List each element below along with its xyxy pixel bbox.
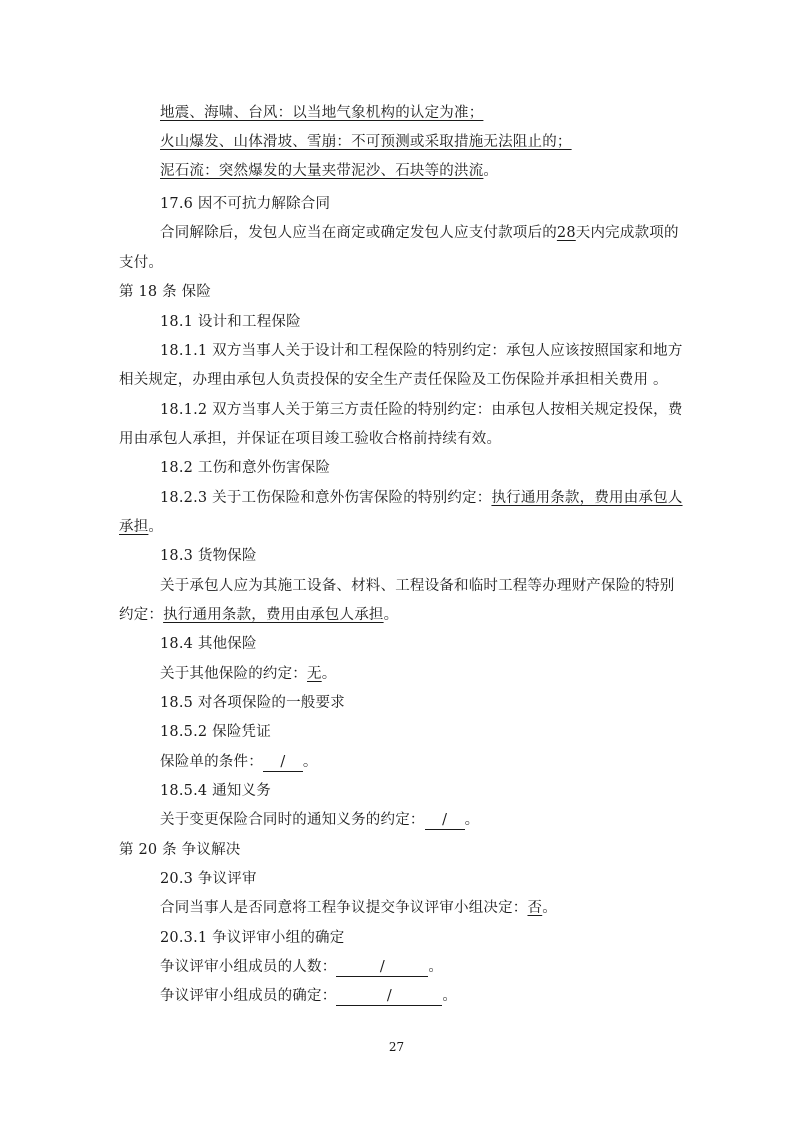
section-18-2-3-line2: 承担。 bbox=[119, 518, 163, 536]
section-18-5-2-line: 保险单的条件：/。 bbox=[160, 753, 318, 772]
section-18-1-1-line2: 相关规定，办理由承包人负责投保的安全生产责任保险及工伤保险并承担相关费用 。 bbox=[119, 371, 668, 389]
text: 争议评审小组成员的人数： bbox=[160, 959, 336, 975]
text: 约定： bbox=[119, 607, 163, 623]
blank-field: / bbox=[336, 959, 428, 977]
section-18-5-2-heading: 18.5.2 保险凭证 bbox=[160, 723, 271, 741]
section-18-3-heading: 18.3 货物保险 bbox=[160, 547, 257, 565]
section-18-1-2-line2: 用由承包人承担，并保证在项目竣工验收合格前持续有效。 bbox=[119, 430, 501, 448]
text: 。 bbox=[384, 607, 399, 623]
section-17-6-paragraph: 合同解除后，发包人应当在商定或确定发包人应支付款项后的28天内完成款项的 bbox=[160, 224, 679, 242]
filled-value: 无 bbox=[307, 666, 322, 682]
text: 。 bbox=[428, 959, 443, 975]
force-majeure-mudslide: 泥石流：突然爆发的大量夹带泥沙、石块等的洪流。 bbox=[160, 162, 498, 180]
section-20-3-1-heading: 20.3.1 争议评审小组的确定 bbox=[160, 929, 344, 947]
text: 。 bbox=[465, 812, 480, 828]
section-18-1-2-line1: 18.1.2 双方当事人关于第三方责任险的特别约定：由承包人按相关规定投保，费 bbox=[160, 401, 683, 419]
section-20-3-line: 合同当事人是否同意将工程争议提交争议评审小组决定：否。 bbox=[160, 899, 557, 917]
section-18-4-heading: 18.4 其他保险 bbox=[160, 635, 257, 653]
text: 关于变更保险合同时的通知义务的约定： bbox=[160, 812, 425, 828]
text: 。 bbox=[148, 519, 163, 535]
section-20-3-1-member-selection: 争议评审小组成员的确定：/。 bbox=[160, 987, 457, 1006]
section-18-3-line1: 关于承包人应为其施工设备、材料、工程设备和临时工程等办理财产保险的特别 bbox=[160, 577, 675, 595]
section-20-3-heading: 20.3 争议评审 bbox=[160, 870, 257, 888]
page-number: 27 bbox=[0, 1040, 793, 1054]
text: 。 bbox=[303, 754, 318, 770]
text: 。 bbox=[483, 163, 498, 179]
payment-days: 28 bbox=[557, 225, 576, 241]
text: 保险单的条件： bbox=[160, 754, 263, 770]
article-20-heading: 第 20 条 争议解决 bbox=[119, 841, 240, 859]
section-18-2-heading: 18.2 工伤和意外伤害保险 bbox=[160, 459, 330, 477]
text: 。 bbox=[542, 900, 557, 916]
text: 天内完成款项的 bbox=[576, 225, 679, 241]
filled-value: 否 bbox=[528, 900, 543, 916]
text: 争议评审小组成员的确定： bbox=[160, 988, 336, 1004]
text: 合同当事人是否同意将工程争议提交争议评审小组决定： bbox=[160, 900, 528, 916]
section-18-1-heading: 18.1 设计和工程保险 bbox=[160, 313, 301, 331]
section-18-2-3-line1: 18.2.3 关于工伤保险和意外伤害保险的特别约定：执行通用条款，费用由承包人 bbox=[160, 489, 683, 507]
document-page: 地震、海啸、台风：以当地气象机构的认定为准； 火山爆发、山体滑坡、雪崩：不可预测… bbox=[0, 0, 793, 1122]
text: 。 bbox=[442, 988, 457, 1004]
text: 泥石流：突然爆发的大量夹带泥沙、石块等的洪流 bbox=[160, 163, 483, 179]
blank-field: / bbox=[425, 812, 465, 830]
text: 地震、海啸、台风：以当地气象机构的认定为准； bbox=[160, 105, 483, 121]
section-18-3-line2: 约定：执行通用条款，费用由承包人承担。 bbox=[119, 606, 398, 624]
section-18-5-heading: 18.5 对各项保险的一般要求 bbox=[160, 694, 345, 712]
text: 合同解除后，发包人应当在商定或确定发包人应支付款项后的 bbox=[160, 225, 557, 241]
section-18-5-4-heading: 18.5.4 通知义务 bbox=[160, 782, 271, 800]
filled-value: 执行通用条款，费用由承包人承担 bbox=[163, 607, 384, 623]
filled-value: 执行通用条款，费用由承包人 bbox=[491, 490, 682, 506]
text: 关于其他保险的约定： bbox=[160, 666, 307, 682]
section-18-5-4-line: 关于变更保险合同时的通知义务的约定：/。 bbox=[160, 811, 479, 830]
blank-field: / bbox=[263, 754, 303, 772]
text: 18.2.3 关于工伤保险和意外伤害保险的特别约定： bbox=[160, 490, 491, 506]
blank-field: / bbox=[336, 988, 442, 1006]
section-20-3-1-member-count: 争议评审小组成员的人数：/。 bbox=[160, 958, 443, 977]
force-majeure-volcano: 火山爆发、山体滑坡、雪崩：不可预测或采取措施无法阻止的； bbox=[160, 133, 572, 151]
article-18-heading: 第 18 条 保险 bbox=[119, 283, 211, 301]
section-18-1-1-line1: 18.1.1 双方当事人关于设计和工程保险的特别约定：承包人应该按照国家和地方 bbox=[160, 342, 683, 360]
section-18-4-line: 关于其他保险的约定：无。 bbox=[160, 665, 336, 683]
text: 。 bbox=[322, 666, 337, 682]
filled-value: 承担 bbox=[119, 519, 148, 535]
force-majeure-earthquake: 地震、海啸、台风：以当地气象机构的认定为准； bbox=[160, 104, 483, 122]
text: 火山爆发、山体滑坡、雪崩：不可预测或采取措施无法阻止的； bbox=[160, 134, 572, 150]
section-17-6-heading: 17.6 因不可抗力解除合同 bbox=[160, 195, 330, 213]
section-17-6-paragraph-cont: 支付。 bbox=[119, 254, 163, 272]
